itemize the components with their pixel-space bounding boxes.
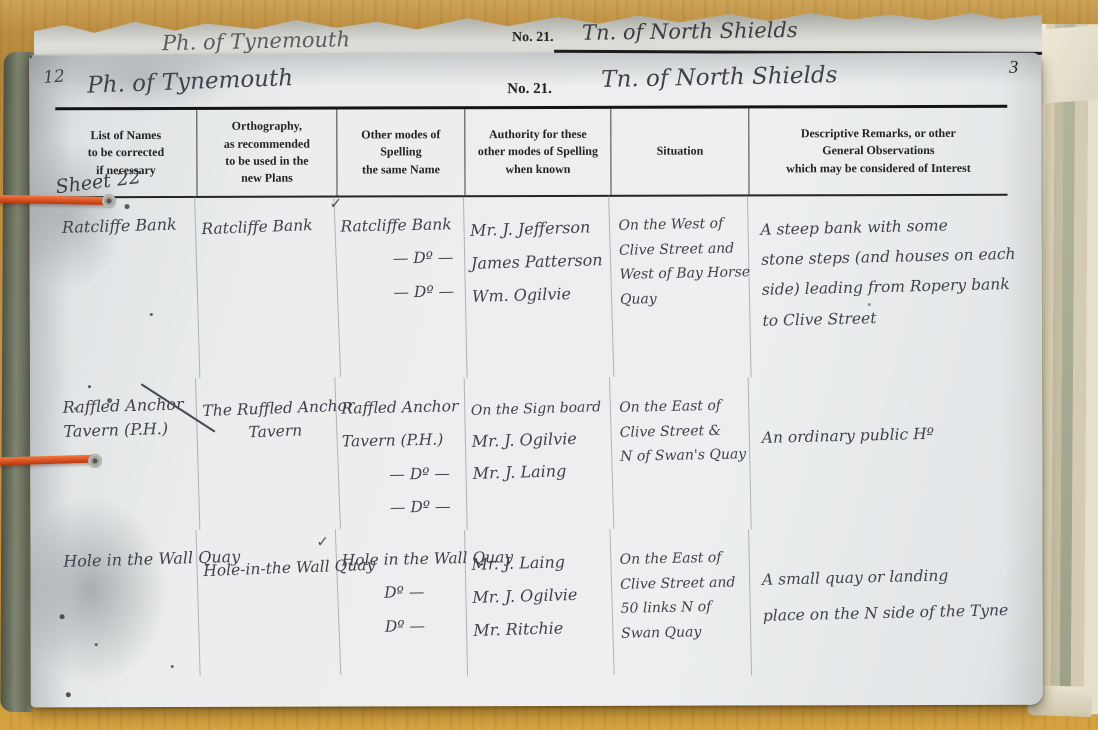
table-body: Ratcliffe Bank Ratcliffe Bank Ratcliffe …	[56, 196, 1009, 678]
entry-name: Hole in the Wall Quay	[55, 530, 201, 680]
entry-other-modes: Raffled AnchorTavern (P.H.)— Dº —— Dº —	[337, 378, 468, 533]
folio-number: 12	[43, 67, 66, 89]
desk-scene: Ph. of Tynemouth No. 21. Tn. of North Sh…	[0, 0, 1098, 730]
col-header-orthography: Orthography,as recommendedto be used in …	[197, 110, 337, 196]
entry-authority: Mr. J. JeffersonJames PattersonWm. Ogilv…	[463, 195, 614, 381]
entry-authority: Mr. J. LaingMr. J. OgilvieMr. Ritchie	[465, 529, 615, 679]
entry-remarks: An ordinary public Hº	[748, 375, 1010, 533]
col-header-authority: Authority for theseother modes of Spelli…	[465, 109, 611, 195]
table-header-row: List of Namesto be correctedif necessary…	[55, 108, 1007, 198]
page-number: 3	[1009, 57, 1018, 78]
number-label: No. 21.	[507, 81, 552, 98]
name-book-table: List of Namesto be correctedif necessary…	[55, 105, 1008, 678]
ink-specks	[29, 55, 32, 58]
checkmark-icon: ✓	[316, 533, 329, 551]
underlying-page-scribble: Ph. of Tynemouth	[162, 27, 350, 55]
entry-authority: On the Sign boardMr. J. OgilvieMr. J. La…	[464, 377, 614, 533]
entry-situation: On the East ofClive Street and50 links N…	[611, 529, 752, 678]
entry-other-modes: Hole in the Wall QuayDº —Dº —	[337, 530, 468, 679]
entry-other-modes: Ratcliffe Bank— Dº —— Dº —	[336, 196, 468, 381]
entry-orthography: Ratcliffe Bank	[194, 195, 341, 382]
checkmark-icon: ✓	[330, 195, 343, 213]
entry-situation: On the East ofClive Street &N of Swan's …	[611, 377, 752, 532]
col-header-remarks: Descriptive Remarks, or otherGeneral Obs…	[749, 108, 1007, 195]
entry-orthography: The Ruffled AnchorTavern	[195, 377, 341, 534]
entry-orthography: Hole-in-the Wall Quay	[196, 529, 341, 680]
entry-situation: On the West ofClive Street andWest of Ba…	[610, 195, 752, 380]
col-header-situation: Situation	[611, 108, 749, 194]
parish-header: Ph. of Tynemouth	[87, 65, 294, 99]
underlying-page-number-label: No. 21.	[512, 30, 554, 46]
entry-name: Ratcliffe Bank	[53, 196, 200, 382]
document-page: 12 Ph. of Tynemouth No. 21. Tn. of North…	[29, 53, 1043, 708]
entry-remarks: A small quay or landingplace on the N si…	[749, 527, 1010, 679]
township-header: Tn. of North Shields	[601, 62, 838, 93]
underlying-page-township: Tn. of North Shields	[582, 18, 798, 45]
col-header-other-modes: Other modes ofSpellingthe same Name	[337, 109, 465, 195]
binding-hole	[88, 454, 102, 468]
entry-remarks: A steep bank with somestone steps (and h…	[748, 193, 1010, 381]
binding-hole	[102, 194, 116, 208]
